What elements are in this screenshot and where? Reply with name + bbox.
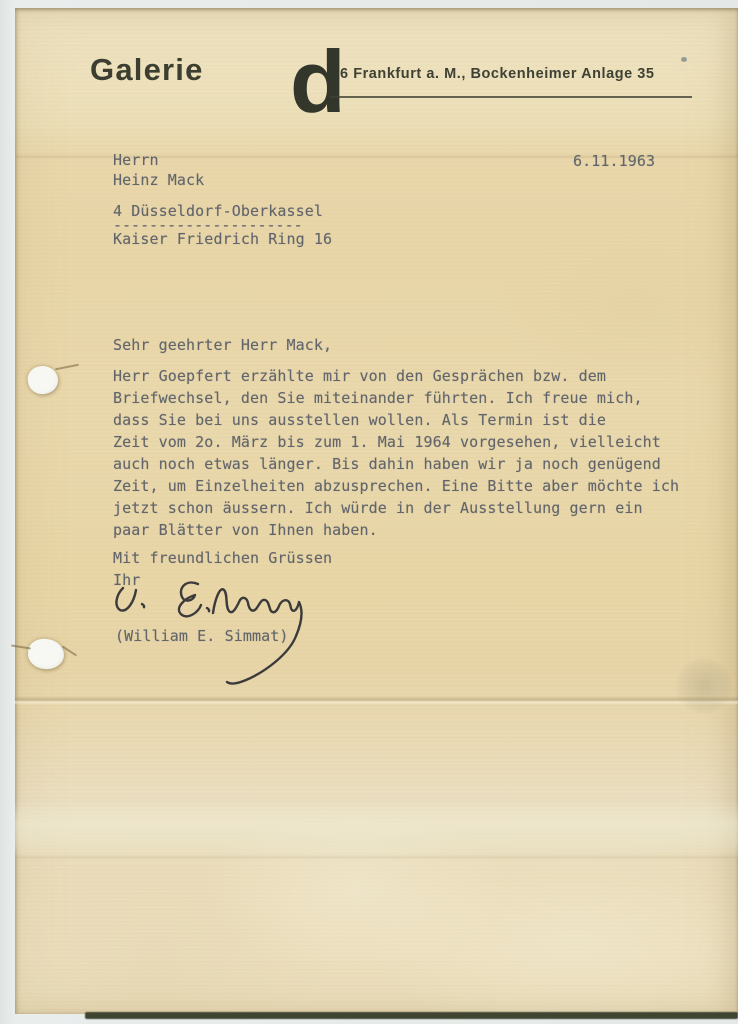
- paper-tear: [11, 644, 31, 649]
- logo-text: Galerie: [90, 52, 204, 87]
- paper-tear: [62, 645, 77, 656]
- gallery-logo: Galerie d: [90, 52, 204, 88]
- logo-d-mark: d: [290, 38, 347, 126]
- paper-tear: [55, 364, 79, 370]
- paper-stain: [675, 658, 733, 714]
- letter-greeting: Sehr geehrter Herr Mack,: [113, 334, 332, 356]
- paper-tone-band: [15, 854, 738, 860]
- letter-closing: Mit freundlichen Grüssen: [113, 547, 332, 569]
- page-bottom-edge: [85, 1012, 738, 1019]
- letter-paper: Galerie d 6 Frankfurt a. M., Bockenheime…: [15, 8, 738, 1014]
- header-rule: [330, 96, 692, 98]
- recipient-street: Kaiser Friedrich Ring 16: [113, 228, 332, 250]
- recipient-name: Heinz Mack: [113, 169, 204, 191]
- signature-typed-name: (William E. Simmat): [115, 625, 288, 647]
- letter-date: 6.11.1963: [573, 150, 655, 172]
- paper-speck: [681, 57, 687, 62]
- fold-crease: [15, 696, 738, 705]
- paper-light-band: [15, 800, 738, 860]
- header-address: 6 Frankfurt a. M., Bockenheimer Anlage 3…: [340, 66, 655, 82]
- punch-hole-bottom: [27, 638, 65, 670]
- letter-body: Herr Goepfert erzählte mir von den Gespr…: [113, 365, 679, 541]
- recipient-salutation: Herrn: [113, 149, 159, 171]
